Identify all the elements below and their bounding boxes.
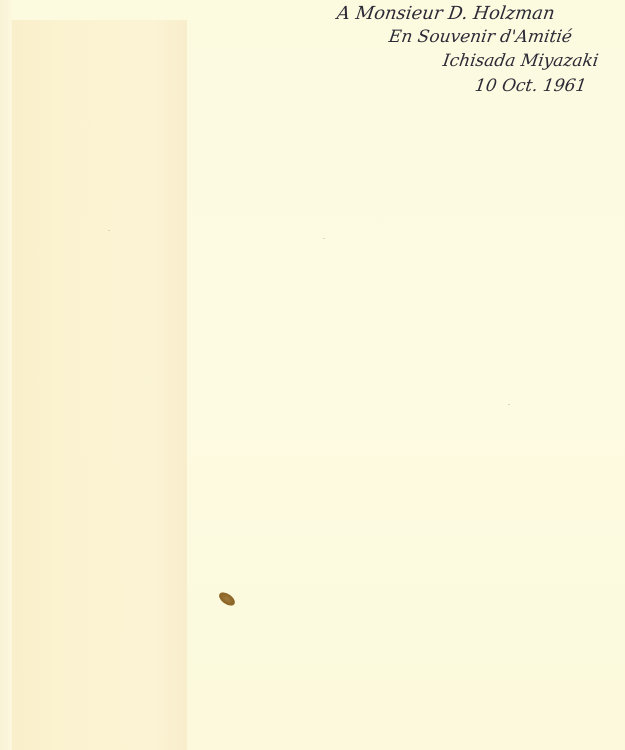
foxing-stain xyxy=(217,590,237,609)
inscription-signature: Ichisada Miyazaki xyxy=(441,49,600,73)
inscription-date: 10 Oct. 1961 xyxy=(473,74,588,98)
book-page: A Monsieur D. Holzman En Souvenir d'Amit… xyxy=(0,0,625,750)
inscription-sentiment: En Souvenir d'Amitié xyxy=(387,25,573,49)
inscription-recipient: A Monsieur D. Holzman xyxy=(335,2,556,26)
paper-speck xyxy=(508,404,510,405)
paper-speck xyxy=(108,230,110,231)
paper-speck xyxy=(323,238,325,239)
page-edge xyxy=(0,0,12,750)
discolored-band xyxy=(12,20,187,750)
